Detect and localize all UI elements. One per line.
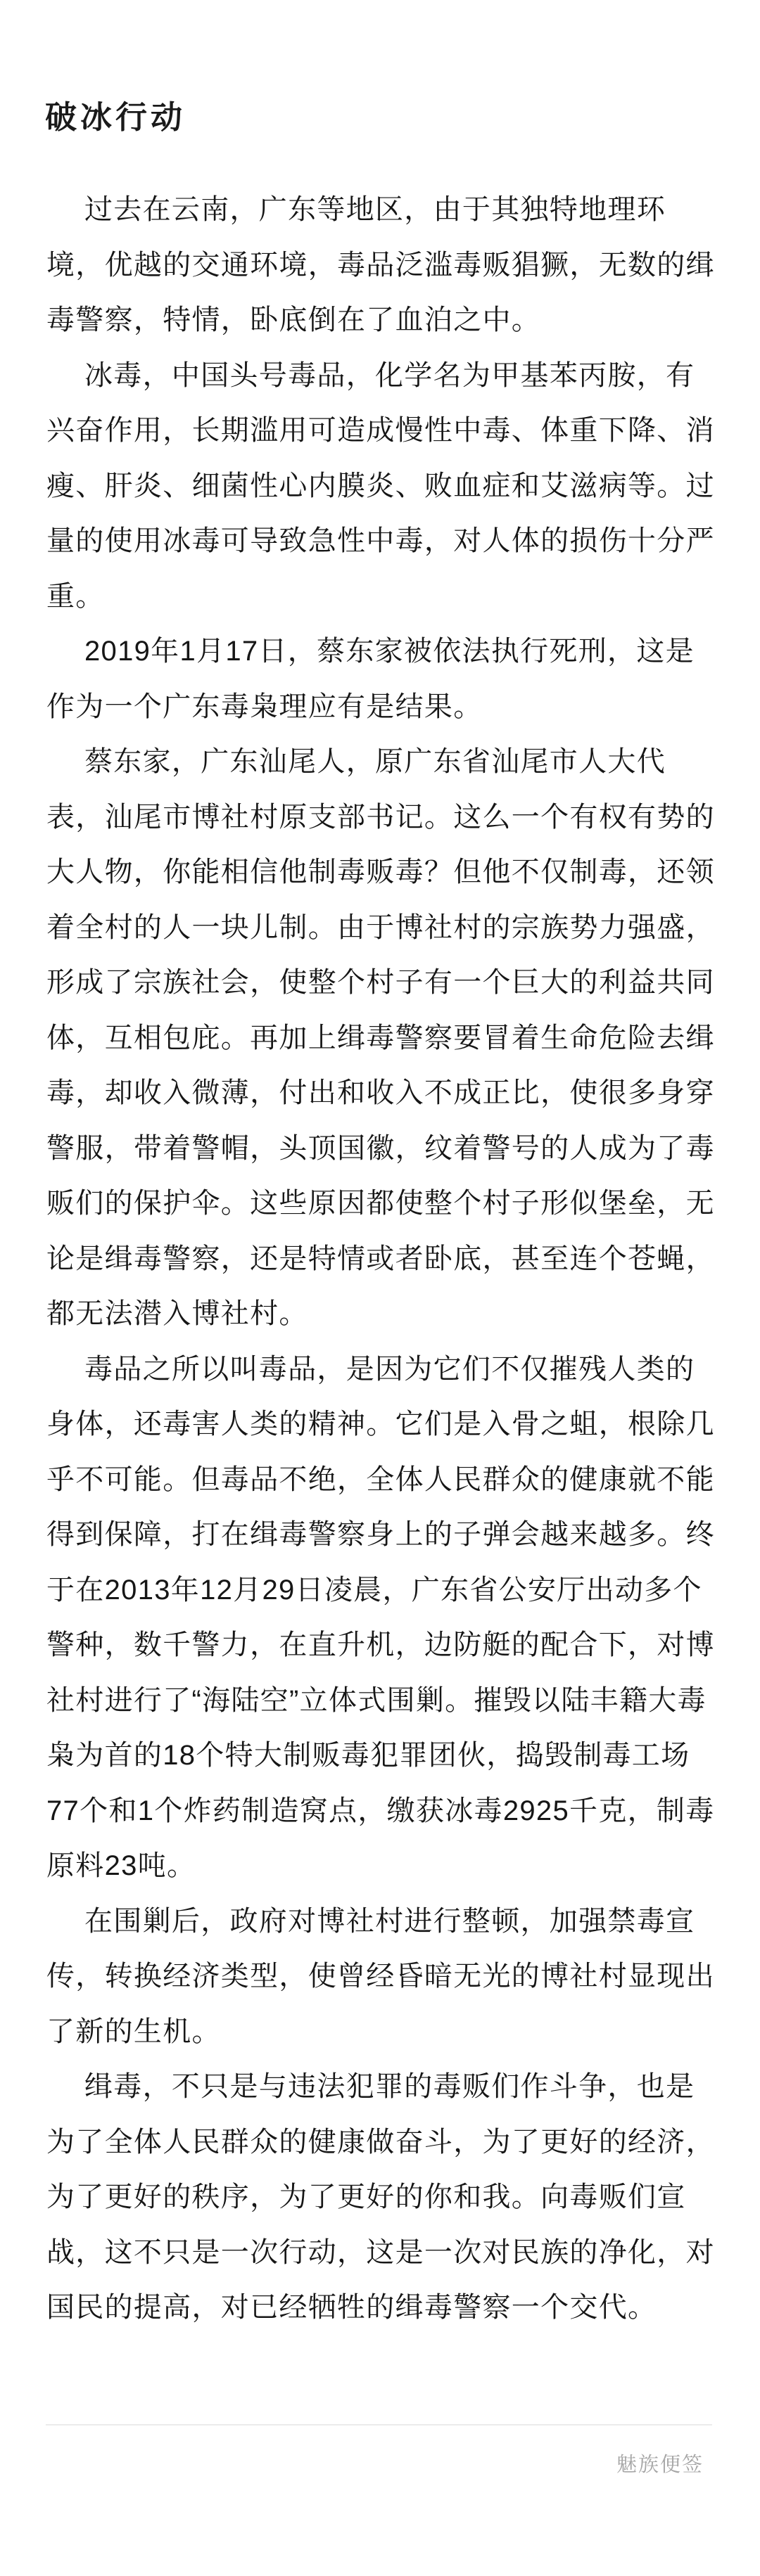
note-paragraph: 冰毒，中国头号毒品，化学名为甲基苯丙胺，有兴奋作用，长期滥用可造成慢性中毒、体重… bbox=[46, 348, 715, 624]
note-paragraph: 在围剿后，政府对博社村进行整顿，加强禁毒宣传，转换经济类型，使曾经昏暗无光的博社… bbox=[46, 1894, 715, 2060]
note-paragraph: 蔡东家，广东汕尾人，原广东省汕尾市人大代表，汕尾市博社村原支部书记。这么一个有权… bbox=[46, 734, 715, 1342]
note-paragraph: 毒品之所以叫毒品，是因为它们不仅摧残人类的身体，还毒害人类的精神。它们是入骨之蛆… bbox=[46, 1342, 715, 1894]
footer-divider bbox=[46, 2424, 712, 2426]
note-body: 过去在云南，广东等地区，由于其独特地理环境，优越的交通环境，毒品泛滥毒贩猖獗，无… bbox=[46, 182, 715, 2335]
note-paragraph: 2019年1月17日，蔡东家被依法执行死刑，这是作为一个广东毒枭理应有是结果。 bbox=[46, 624, 715, 734]
app-watermark: 魅族便签 bbox=[616, 2453, 704, 2477]
note-paragraph: 缉毒，不只是与违法犯罪的毒贩们作斗争，也是为了全体人民群众的健康做奋斗，为了更好… bbox=[46, 2059, 715, 2335]
note-title: 破冰行动 bbox=[45, 98, 186, 136]
note-page: 破冰行动 过去在云南，广东等地区，由于其独特地理环境，优越的交通环境，毒品泛滥毒… bbox=[0, 0, 760, 2576]
note-paragraph: 过去在云南，广东等地区，由于其独特地理环境，优越的交通环境，毒品泛滥毒贩猖獗，无… bbox=[46, 182, 715, 348]
